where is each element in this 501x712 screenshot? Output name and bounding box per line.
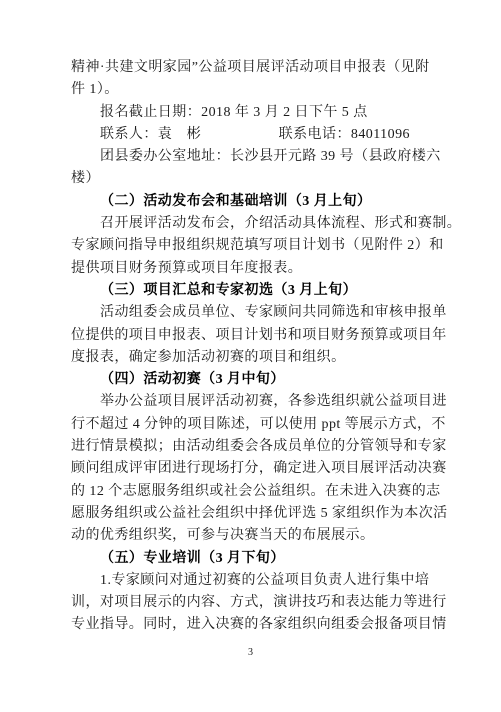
text-line: 的 12 个志愿服务组织或社会公益组织。在未进入决赛的志 (71, 481, 434, 503)
contact-line: 联系人：袁 彬 联系电话：84011096 (71, 124, 434, 146)
text-line: 愿服务组织或公益社会组织中择优评选 5 家组织作为本次活 (71, 503, 434, 525)
text-line: 提供项目财务预算或项目年度报表。 (71, 258, 434, 280)
deadline-line: 报名截止日期：2018 年 3 月 2 日下午 5 点 (71, 102, 434, 124)
text-line: 动的优秀组织奖，可参与决赛当天的布展展示。 (71, 525, 434, 547)
text-line: 位提供的项目申报表、项目计划书和项目财务预算或项目年 (71, 325, 434, 347)
text-line: 进行情景模拟；由活动组委会各成员单位的分管领导和专家 (71, 436, 434, 458)
text-line: 顾问组成评审团进行现场打分，确定进入项目展评活动决赛 (71, 458, 434, 480)
section-heading-4: （四）活动初赛（3 月中旬） (71, 369, 434, 391)
text-line: 件 1）。 (71, 79, 434, 101)
text-line: 行不超过 4 分钟的项目陈述，可以使用 ppt 等展示方式，不 (71, 414, 434, 436)
text-line: 楼） (71, 168, 434, 190)
section-heading-5: （五）专业培训（3 月下旬） (71, 548, 434, 570)
section-heading-2: （二）活动发布会和基础培训（3 月上旬） (71, 191, 434, 213)
document-page: 精神·共建文明家园”公益项目展评活动项目申报表（见附 件 1）。 报名截止日期：… (0, 0, 501, 712)
document-content: 精神·共建文明家园”公益项目展评活动项目申报表（见附 件 1）。 报名截止日期：… (71, 57, 434, 637)
text-line: 训，对项目展示的内容、方式，演讲技巧和表达能力等进行 (71, 592, 434, 614)
section-heading-3: （三）项目汇总和专家初选（3 月上旬） (71, 280, 434, 302)
office-address-line: 团县委办公室地址：长沙县开元路 39 号（县政府楼六 (71, 146, 434, 168)
contact-phone: 联系电话：84011096 (279, 124, 410, 146)
contact-person: 联系人：袁 彬 (71, 124, 201, 146)
text-line: 活动组委会成员单位、专家顾问共同筛选和审核申报单 (71, 302, 434, 324)
text-line: 度报表，确定参加活动初赛的项目和组织。 (71, 347, 434, 369)
text-line: 专业指导。同时，进入决赛的各家组织向组委会报备项目情 (71, 614, 434, 636)
text-line: 专家顾问指导申报组织规范填写项目计划书（见附件 2）和 (71, 235, 434, 257)
text-line-continuation: 精神·共建文明家园”公益项目展评活动项目申报表（见附 (71, 57, 434, 79)
page-number: 3 (0, 646, 501, 660)
text-line: 1.专家顾问对通过初赛的公益项目负责人进行集中培 (71, 570, 434, 592)
text-line: 举办公益项目展评活动初赛，各参选组织就公益项目进 (71, 391, 434, 413)
text-line: 召开展评活动发布会，介绍活动具体流程、形式和赛制。 (71, 213, 434, 235)
